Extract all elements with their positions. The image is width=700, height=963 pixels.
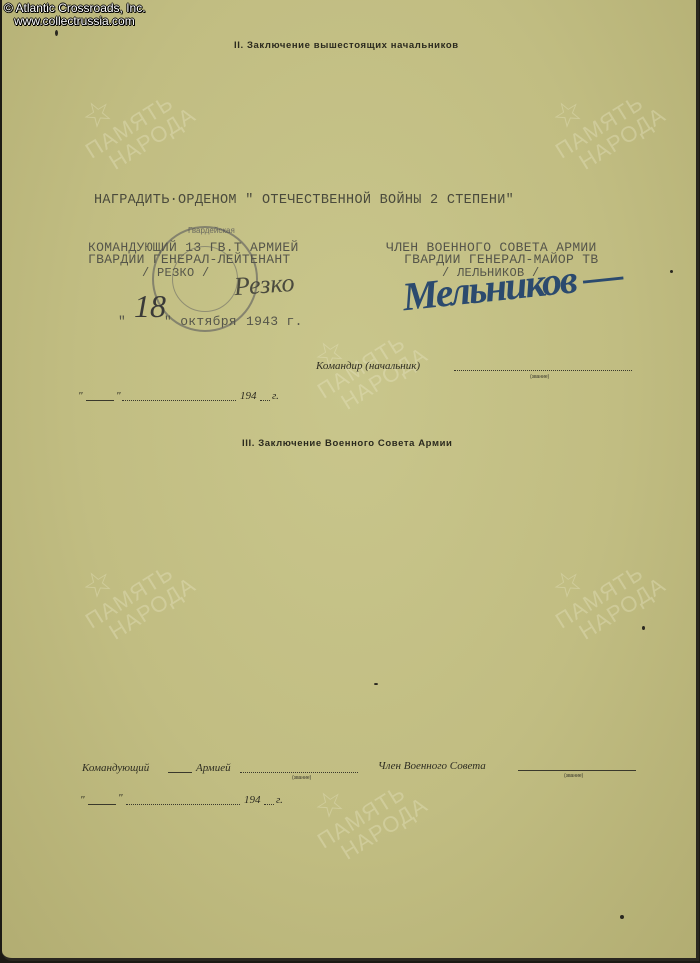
date-open-quote: " bbox=[118, 314, 126, 329]
section3-heading: III. Заключение Военного Совета Армии bbox=[242, 438, 452, 449]
date-year: 1943 г. bbox=[246, 314, 303, 329]
award-line: НАГРАДИТЬ·ОРДЕНОМ " ОТЕЧЕСТВЕННОЙ ВОЙНЫ … bbox=[94, 193, 514, 208]
date-open-quote: " bbox=[80, 794, 85, 806]
year-line bbox=[260, 400, 270, 401]
date-month: " октября bbox=[164, 314, 237, 329]
stamp-text: Гвардейская bbox=[188, 226, 235, 235]
section2-heading: II. Заключение вышестоящих начальников bbox=[234, 40, 459, 51]
commander-signature-line bbox=[454, 370, 632, 371]
army-commander-label: Командующий bbox=[82, 762, 149, 774]
year-suffix: г. bbox=[272, 390, 279, 402]
day-line bbox=[86, 400, 114, 401]
rank-label: (звание) bbox=[530, 374, 549, 380]
rank-label-left: (звание) bbox=[292, 775, 311, 781]
year-suffix: г. bbox=[276, 794, 283, 806]
month-line bbox=[122, 400, 236, 401]
ink-speck bbox=[55, 30, 58, 36]
ink-speck bbox=[642, 626, 645, 630]
copyright-overlay: © Atlantic Crossroads, Inc. www.collectr… bbox=[4, 2, 146, 28]
watermark: ☆ ПАМЯТЬ НАРОДА bbox=[534, 526, 669, 651]
army-number-line bbox=[168, 772, 192, 773]
day-line bbox=[88, 804, 116, 805]
year-line bbox=[264, 804, 274, 805]
army-label: Армией bbox=[196, 762, 231, 774]
month-line bbox=[126, 804, 240, 805]
watermark: ☆ ПАМЯТЬ НАРОДА bbox=[534, 56, 669, 181]
ink-speck bbox=[670, 270, 673, 273]
copyright-url: www.collectrussia.com bbox=[4, 15, 146, 28]
left-signatory-name: / РЕЗКО / bbox=[142, 266, 210, 280]
left-signature: Резко bbox=[233, 268, 295, 302]
watermark: ☆ ПАМЯТЬ НАРОДА bbox=[64, 56, 199, 181]
council-member-label: Член Военного Совета bbox=[378, 760, 486, 772]
ink-speck bbox=[374, 683, 378, 685]
watermark: ☆ ПАМЯТЬ НАРОДА bbox=[64, 526, 199, 651]
rank-label-right: (звание) bbox=[564, 773, 583, 779]
council-member-signature-line bbox=[518, 770, 636, 771]
handwritten-day: 18 bbox=[134, 288, 166, 325]
document-page: ☆ ПАМЯТЬ НАРОДА ☆ ПАМЯТЬ НАРОДА ☆ ПАМЯТЬ… bbox=[2, 0, 699, 961]
year-prefix: 194 bbox=[240, 390, 257, 402]
year-prefix: 194 bbox=[244, 794, 261, 806]
date-open-quote: " bbox=[78, 390, 83, 402]
army-commander-signature-line bbox=[240, 772, 358, 773]
date-close-quote: " bbox=[116, 390, 121, 402]
commander-label: Командир (начальник) bbox=[316, 360, 420, 372]
left-signatory-rank: ГВАРДИИ ГЕНЕРАЛ-ЛЕЙТЕНАНТ bbox=[88, 252, 291, 267]
ink-speck bbox=[620, 915, 624, 919]
date-close-quote: " bbox=[118, 792, 123, 804]
